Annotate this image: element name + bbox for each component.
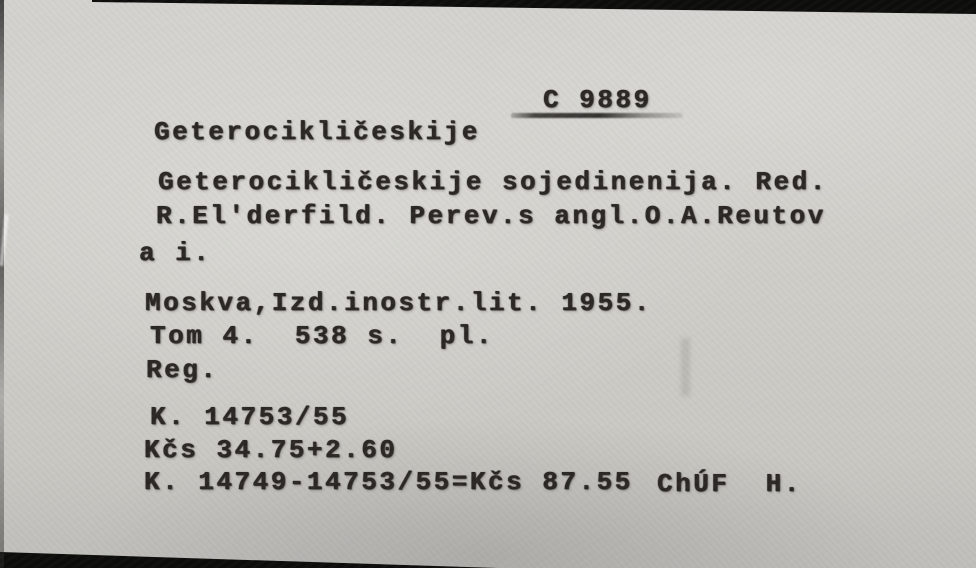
title-line-1: Geterocikličeskije sojedinenija. Red. [158, 167, 828, 197]
price-line: Kčs 34.75+2.60 [144, 435, 397, 465]
scan-edge-artifact-bottom [0, 552, 498, 568]
imprint-line: Moskva,Izd.inostr.lit. 1955. [145, 288, 652, 318]
collation-line: Tom 4. 538 s. pl. [150, 321, 494, 351]
accession-line-2: K. 14749-14753/55=Kčs 87.55 [144, 467, 633, 497]
scan-edge-artifact-left [0, 0, 4, 568]
title-line-2: R.El'derfild. Perev.s angl.O.A.Reutov [156, 201, 826, 231]
title-line-3: a i. [139, 238, 211, 268]
handler-mark: ChÚF H. [657, 469, 802, 499]
accession-line-1: K. 14753/55 [150, 402, 349, 432]
note-line: Reg. [146, 355, 218, 385]
catalog-card-scan: C 9889 Geterocikličeskije Geterocikličes… [0, 0, 976, 568]
call-number: C 9889 [543, 85, 652, 115]
paper-smudge [681, 338, 690, 396]
heading-entry: Geterocikličeskije [154, 117, 480, 147]
scan-edge-artifact-top [92, 0, 976, 14]
call-number-underline [511, 113, 683, 118]
